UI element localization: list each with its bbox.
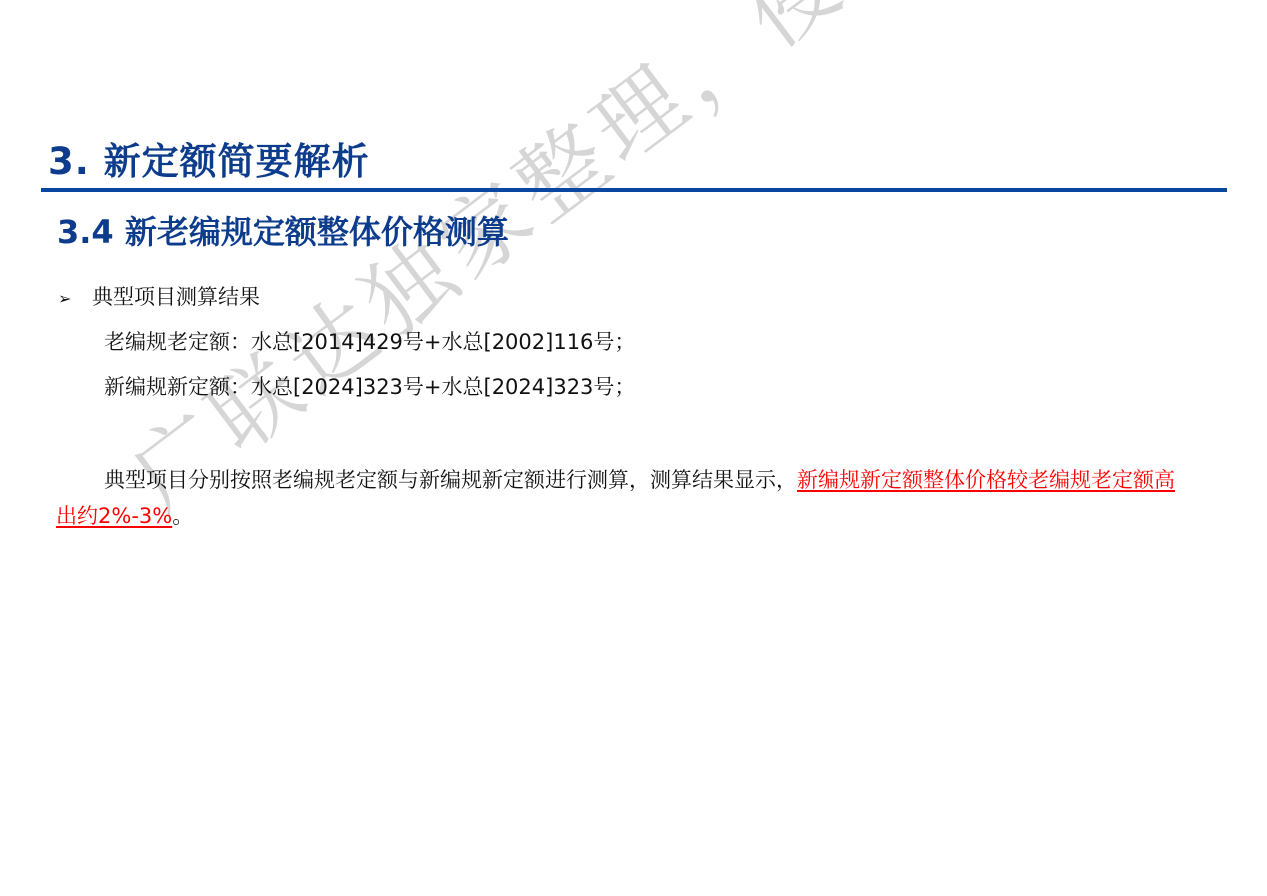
bullet-heading: 典型项目测算结果 xyxy=(92,285,260,309)
section-title: 3. 新定额简要解析 xyxy=(48,138,370,186)
paragraph-end: 。 xyxy=(172,504,193,528)
title-divider xyxy=(41,188,1227,192)
paragraph-text: 典型项目分别按照老编规老定额与新编规新定额进行测算，测算结果显示， xyxy=(104,468,797,492)
new-standard-line: 新编规新定额：水总[2024]323号+水总[2024]323号； xyxy=(104,372,635,402)
old-standard-line: 老编规老定额：水总[2014]429号+水总[2002]116号； xyxy=(104,327,635,357)
watermark: 广联达独家整理，侵权必究 xyxy=(102,0,1098,533)
result-paragraph: 典型项目分别按照老编规老定额与新编规新定额进行测算，测算结果显示，新编规新定额整… xyxy=(56,462,1176,534)
arrow-bullet-icon: ➢ xyxy=(58,284,92,314)
subsection-title: 3.4 新老编规定额整体价格测算 xyxy=(57,208,509,256)
bullet-item: ➢典型项目测算结果 xyxy=(58,282,260,314)
